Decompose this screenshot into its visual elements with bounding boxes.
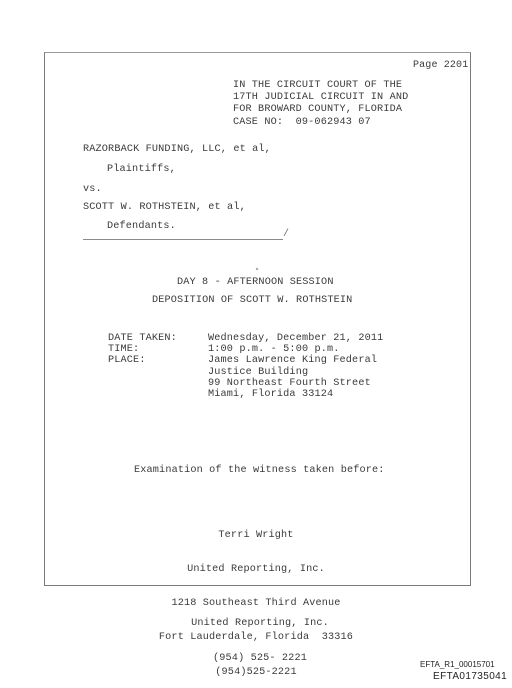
details-labels: DATE TAKEN: TIME: PLACE: (108, 333, 177, 367)
time-value: 1:00 p.m. - 5:00 p.m. (208, 344, 340, 355)
reporter-name: Terri Wright (0, 530, 512, 541)
place-line: James Lawrence King Federal (208, 355, 377, 366)
date-label: DATE TAKEN: (108, 333, 177, 344)
defendant-name: SCOTT W. ROTHSTEIN, et al, (83, 202, 246, 215)
caption-rule-end-mark: / (283, 229, 289, 242)
case-number: CASE NO: 09-062943 07 (233, 117, 371, 128)
place-line: Miami, Florida 33124 (208, 389, 333, 400)
caption-divider (83, 239, 283, 240)
court-header: IN THE CIRCUIT COURT OF THE 17TH JUDICIA… (233, 80, 408, 129)
court-header-line: IN THE CIRCUIT COURT OF THE (233, 80, 402, 91)
plaintiff-name: RAZORBACK FUNDING, LLC, et al, (83, 144, 271, 157)
details-values: Wednesday, December 21, 2011 1:00 p.m. -… (208, 333, 383, 400)
bates-number-secondary: EFTA01735041 (433, 671, 507, 682)
court-header-line: 17TH JUDICIAL CIRCUIT IN AND (233, 92, 408, 103)
examination-statement: Examination of the witness taken before: (134, 465, 385, 478)
page-number: Page 2201 (413, 60, 468, 73)
court-header-line: FOR BROWARD COUNTY, FLORIDA (233, 104, 402, 115)
page-border (44, 52, 471, 586)
plaintiffs-label: Plaintiffs, (107, 164, 176, 177)
place-line: 99 Northeast Fourth Street (208, 378, 371, 389)
place-label: PLACE: (108, 355, 146, 366)
footer-company: United Reporting, Inc. (0, 618, 512, 630)
deposition-title: DEPOSITION OF SCOTT W. ROTHSTEIN (152, 295, 352, 308)
time-label: TIME: (108, 344, 139, 355)
defendants-label: Defendants. (107, 221, 176, 234)
bates-number-primary: EFTA_R1_00015701 (420, 660, 495, 669)
reporter-company: United Reporting, Inc. (0, 564, 512, 575)
versus-label: vs. (83, 184, 102, 197)
date-value: Wednesday, December 21, 2011 (208, 333, 383, 344)
place-line: Justice Building (208, 367, 308, 378)
session-title: DAY 8 - AFTERNOON SESSION (177, 277, 334, 290)
